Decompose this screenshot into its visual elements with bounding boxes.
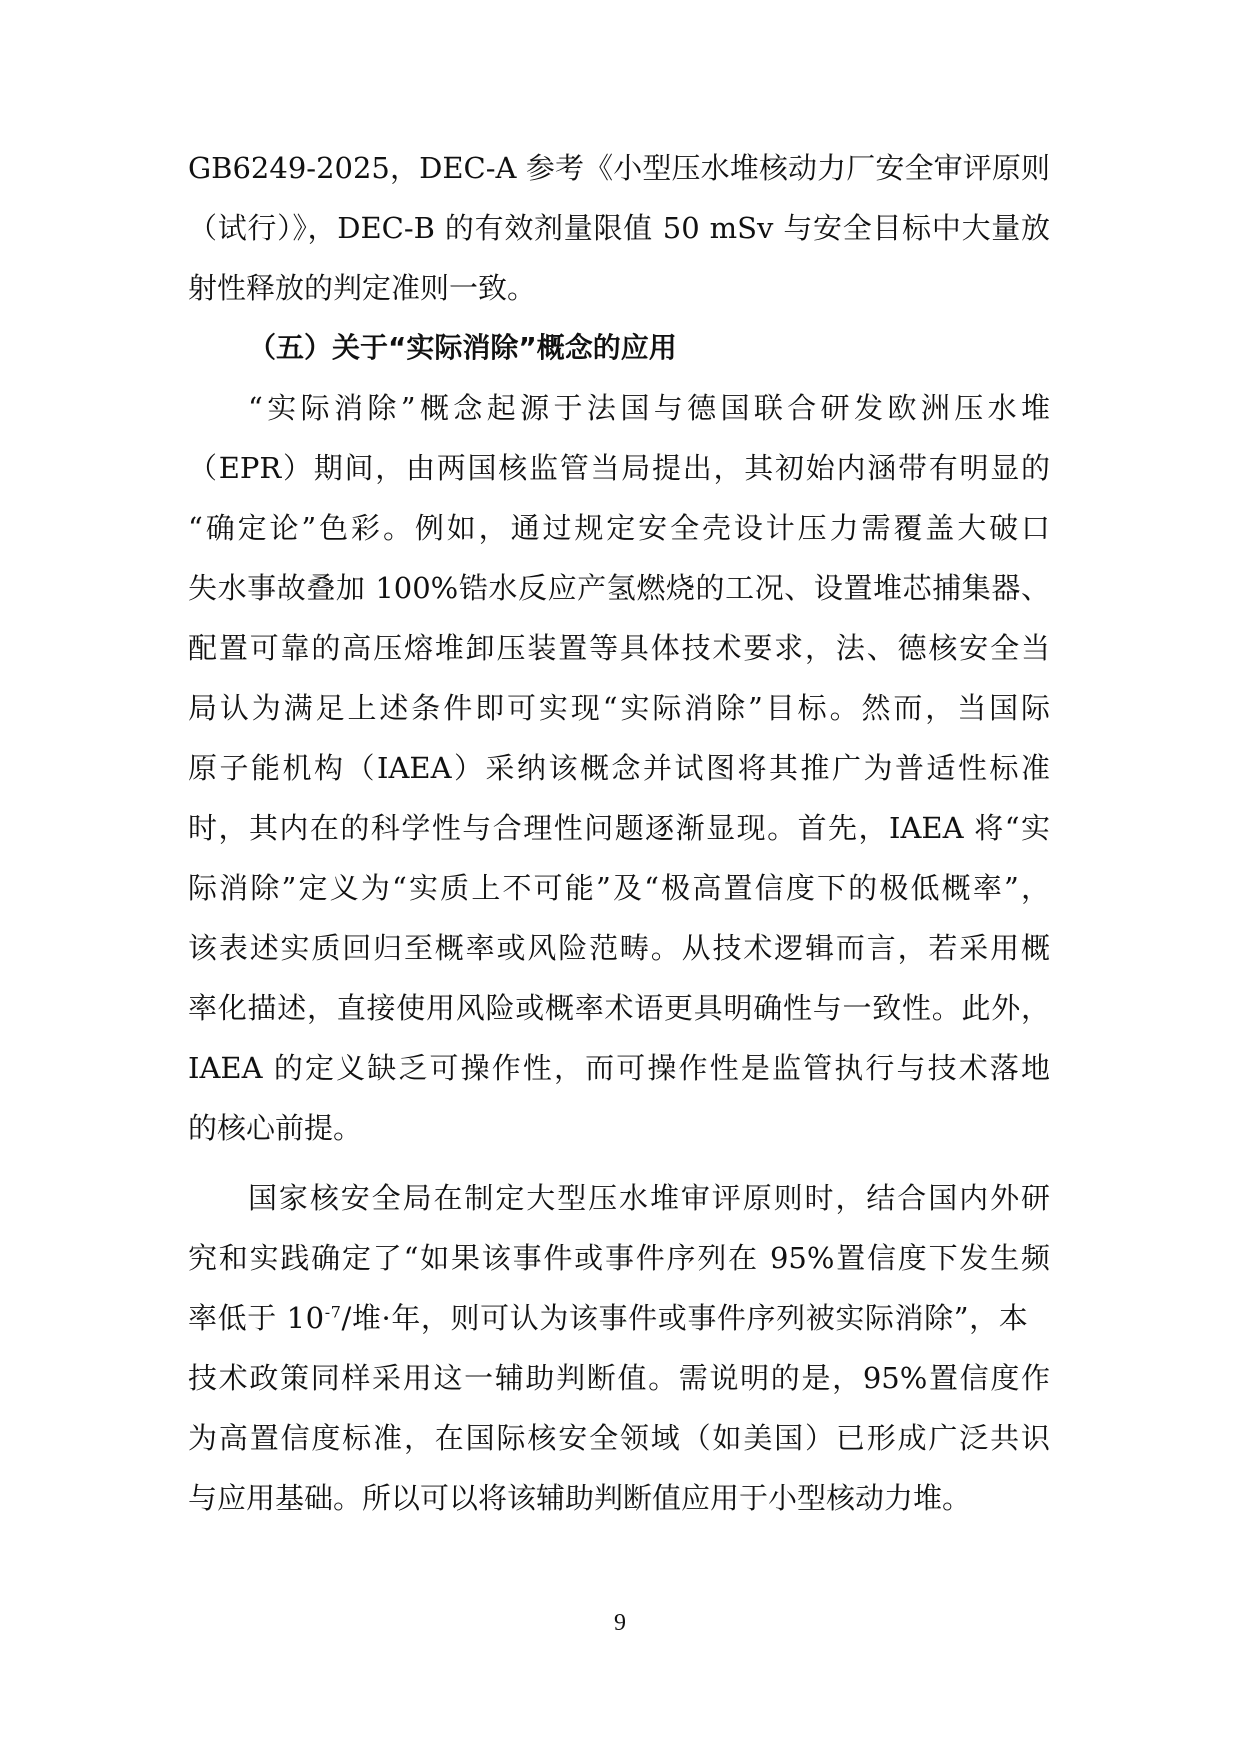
text-line: “实际消除”概念起源于法国与德国联合研发欧洲压水堆 <box>248 388 1050 428</box>
text-line-with-superscript: 率低于 10-7/堆·年，则可认为该事件或事件序列被实际消除”，本 <box>188 1298 1050 1338</box>
text-line: GB6249-2025，DEC-A 参考《小型压水堆核动力厂安全审评原则 <box>188 148 1050 188</box>
text-line: 的核心前提。 <box>188 1108 1050 1148</box>
text-fragment: 率低于 10 <box>188 1301 325 1335</box>
text-line: 时，其内在的科学性与合理性问题逐渐显现。首先，IAEA 将“实 <box>188 808 1050 848</box>
text-line: 际消除”定义为“实质上不可能”及“极高置信度下的极低概率”， <box>188 868 1050 908</box>
text-line: 国家核安全局在制定大型压水堆审评原则时，结合国内外研 <box>248 1178 1050 1218</box>
text-line: 率化描述，直接使用风险或概率术语更具明确性与一致性。此外， <box>188 988 1050 1028</box>
text-line: 原子能机构（IAEA）采纳该概念并试图将其推广为普适性标准 <box>188 748 1050 788</box>
text-line: 究和实践确定了“如果该事件或事件序列在 95%置信度下发生频 <box>188 1238 1050 1278</box>
text-line: （EPR）期间，由两国核监管当局提出，其初始内涵带有明显的 <box>188 448 1050 488</box>
text-line: （试行）》，DEC-B 的有效剂量限值 50 mSv 与安全目标中大量放 <box>188 208 1050 248</box>
text-fragment: /堆·年，则可认为该事件或事件序列被实际消除”，本 <box>342 1301 1029 1335</box>
page-number: 9 <box>600 1610 640 1637</box>
text-line: 失水事故叠加 100%锆水反应产氢燃烧的工况、设置堆芯捕集器、 <box>188 568 1050 608</box>
text-line: 该表述实质回归至概率或风险范畴。从技术逻辑而言，若采用概 <box>188 928 1050 968</box>
text-line: 配置可靠的高压熔堆卸压装置等具体技术要求，法、德核安全当 <box>188 628 1050 668</box>
text-line: 为高置信度标准，在国际核安全领域（如美国）已形成广泛共识 <box>188 1418 1050 1458</box>
text-line: “确定论”色彩。例如，通过规定安全壳设计压力需覆盖大破口 <box>188 508 1050 548</box>
text-line: 射性释放的判定准则一致。 <box>188 268 1050 308</box>
document-page: GB6249-2025，DEC-A 参考《小型压水堆核动力厂安全审评原则 （试行… <box>0 0 1240 1753</box>
section-heading: （五）关于“实际消除”概念的应用 <box>248 328 677 368</box>
text-line: 局认为满足上述条件即可实现“实际消除”目标。然而，当国际 <box>188 688 1050 728</box>
text-line: 与应用基础。所以可以将该辅助判断值应用于小型核动力堆。 <box>188 1478 1050 1518</box>
exponent: -7 <box>325 1302 342 1321</box>
text-line: IAEA 的定义缺乏可操作性，而可操作性是监管执行与技术落地 <box>188 1048 1050 1088</box>
text-line: 技术政策同样采用这一辅助判断值。需说明的是，95%置信度作 <box>188 1358 1050 1398</box>
